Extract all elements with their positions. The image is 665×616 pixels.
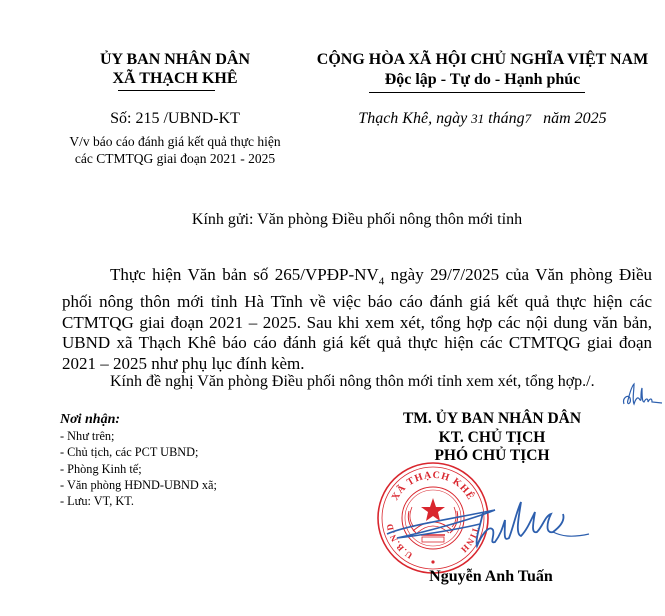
initials-signature-icon [618, 380, 663, 410]
recipient-item: - Văn phòng HĐND-UBND xã; [60, 477, 320, 493]
signature-line1: TM. ỦY BAN NHÂN DÂN [372, 410, 612, 429]
handwritten-signature-icon [385, 490, 590, 560]
body-part1: Thực hiện Văn bản số 265/VPĐP-NV [110, 265, 379, 284]
recipients-list: Nơi nhận: - Như trên; - Chủ tịch, các PC… [60, 412, 320, 509]
place-date-prefix: Thạch Khê, ngày [358, 110, 471, 127]
recipients-title: Nơi nhận: [60, 412, 320, 428]
document-subject: V/v báo cáo đánh giá kết quả thực hiện c… [40, 133, 310, 167]
date-day: 31 [471, 111, 484, 126]
subject-line2: các CTMTQG giai đoạn 2021 - 2025 [40, 150, 310, 167]
issuing-authority-line1: ỦY BAN NHÂN DÂN [40, 50, 310, 69]
national-motto: Độc lập - Tự do - Hạnh phúc [300, 70, 665, 90]
signer-name: Nguyễn Anh Tuấn [396, 568, 586, 586]
recipient-item: - Lưu: VT, KT. [60, 493, 320, 509]
national-heading: CỘNG HÒA XÃ HỘI CHỦ NGHĨA VIỆT NAM Độc l… [300, 50, 665, 90]
issuing-authority: ỦY BAN NHÂN DÂN XÃ THẠCH KHÊ [40, 50, 310, 88]
document-number: Số: 215 /UBND-KT [40, 110, 310, 128]
recipient-item: - Phòng Kinh tế; [60, 461, 320, 477]
recipient-line: Kính gửi: Văn phòng Điều phối nông thôn … [62, 211, 652, 229]
motto-underline [369, 92, 585, 93]
issuing-authority-line2: XÃ THẠCH KHÊ [40, 69, 310, 88]
closing-paragraph: Kính đề nghị Văn phòng Điều phối nông th… [62, 373, 652, 391]
signature-block: TM. ỦY BAN NHÂN DÂN KT. CHỦ TỊCH PHÓ CHỦ… [372, 410, 612, 466]
signature-line2: KT. CHỦ TỊCH [372, 429, 612, 448]
authority-underline [118, 90, 215, 91]
recipient-item: - Như trên; [60, 428, 320, 444]
date-year: năm 2025 [531, 110, 607, 127]
national-title: CỘNG HÒA XÃ HỘI CHỦ NGHĨA VIỆT NAM [300, 50, 665, 70]
place-date: Thạch Khê, ngày 31 tháng7 năm 2025 [300, 110, 665, 128]
subject-line1: V/v báo cáo đánh giá kết quả thực hiện [40, 133, 310, 150]
body-paragraph: Thực hiện Văn bản số 265/VPĐP-NV4 ngày 2… [62, 265, 652, 374]
recipient-item: - Chủ tịch, các PCT UBND; [60, 444, 320, 460]
date-month-label: tháng [484, 110, 524, 127]
